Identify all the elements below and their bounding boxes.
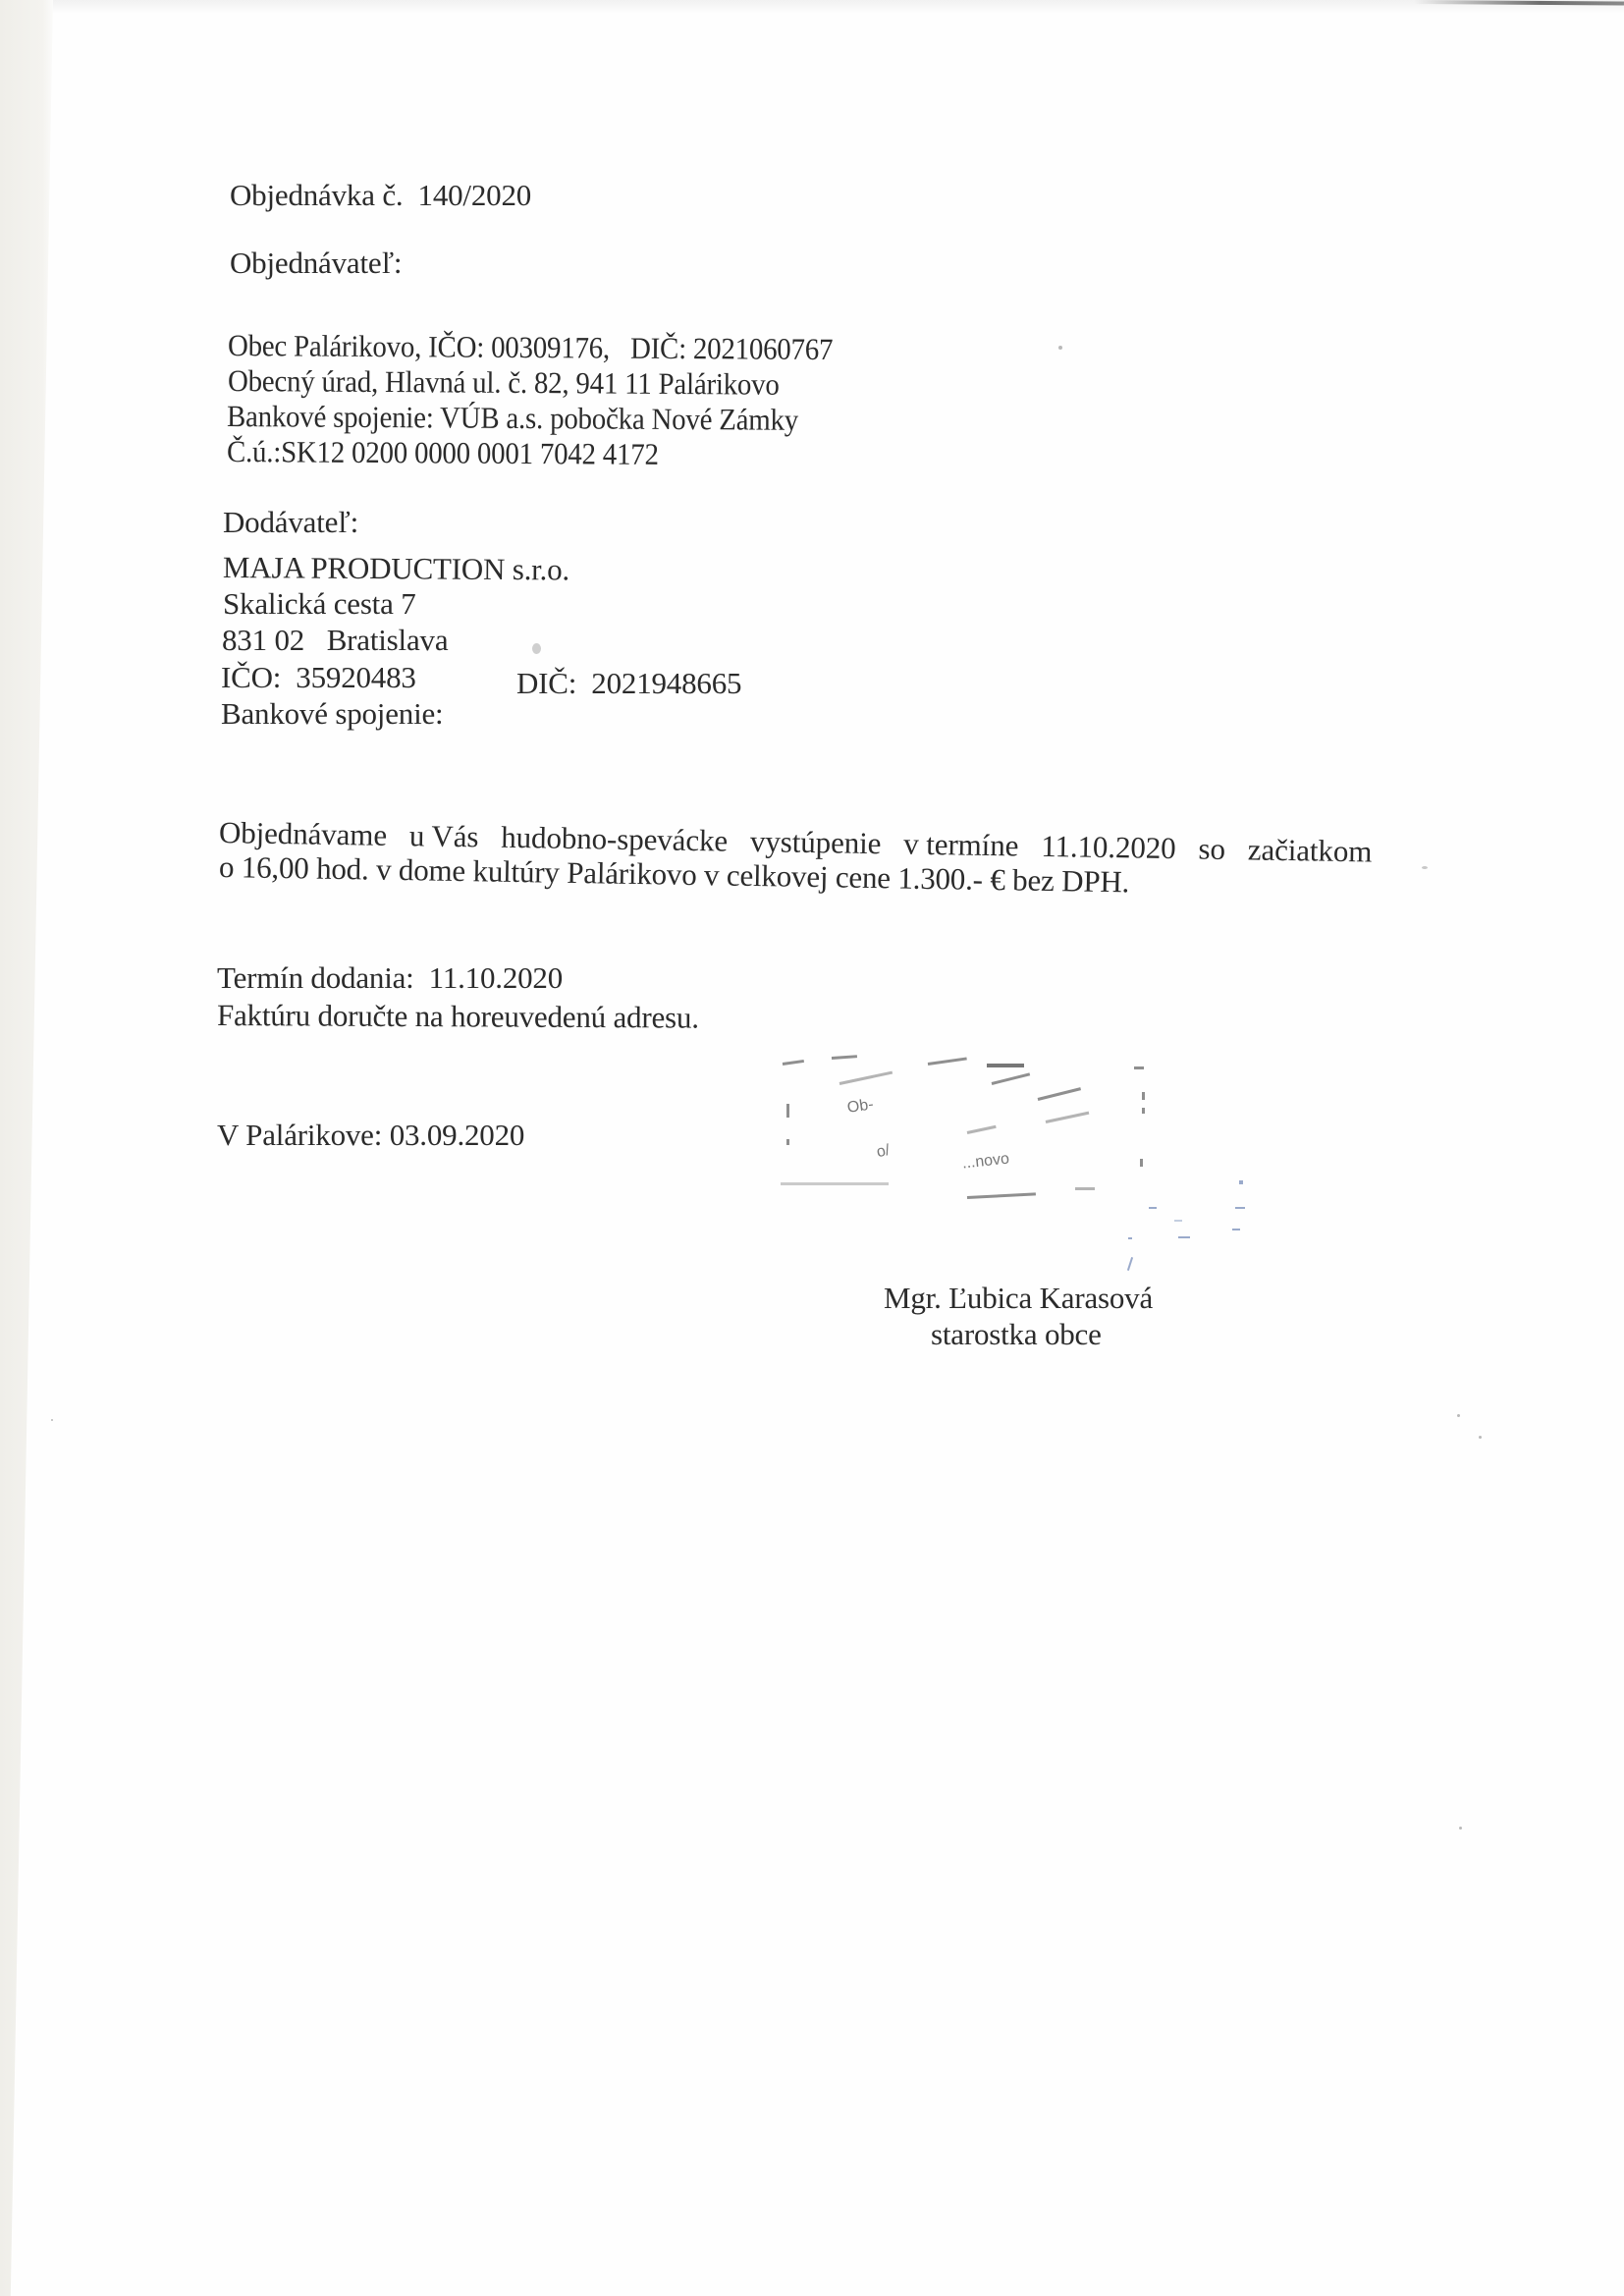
supplier-heading: Dodávateľ:: [223, 507, 358, 537]
supplier-dic: DIČ: 2021948665: [516, 668, 741, 698]
delivery-term: Termín dodania: 11.10.2020: [217, 962, 563, 993]
order-title: Objednávka č. 140/2020: [230, 180, 531, 210]
scanned-page: Objednávka č. 140/2020 Objednávateľ: Obe…: [0, 0, 1624, 2296]
official-stamp: Ob- o/ ...novo: [781, 1049, 1149, 1206]
scan-speck: [51, 1419, 53, 1421]
scan-speck: [1479, 1436, 1482, 1439]
supplier-street: Skalická cesta 7: [223, 588, 416, 619]
supplier-name: MAJA PRODUCTION s.r.o.: [223, 552, 569, 584]
stamp-fragment-1: Ob-: [846, 1096, 875, 1118]
customer-heading: Objednávateľ:: [230, 247, 402, 278]
customer-line-3: Bankové spojenie: VÚB a.s. pobočka Nové …: [227, 401, 798, 435]
supplier-bank: Bankové spojenie:: [221, 698, 443, 729]
scan-speck: [1422, 866, 1428, 869]
supplier-city: 831 02 Bratislava: [222, 625, 448, 655]
stamp-fragment-2: o/: [875, 1142, 892, 1162]
invoice-note: Faktúru doručte na horeuvedenú adresu.: [217, 1000, 699, 1033]
customer-line-1: Obec Palárikovo, IČO: 00309176, DIČ: 202…: [228, 330, 833, 364]
scan-speck: [1459, 1827, 1462, 1830]
signatory-name: Mgr. Ľubica Karasová: [884, 1283, 1153, 1313]
customer-line-2: Obecný úrad, Hlavná ul. č. 82, 941 11 Pa…: [228, 365, 780, 400]
scan-top-shade: [53, 0, 1624, 14]
scan-edge-strip: [0, 0, 53, 2296]
scan-speck: [532, 643, 541, 654]
scan-speck: [1457, 1414, 1460, 1417]
signatory-title: starostka obce: [931, 1319, 1102, 1349]
customer-line-4: Č.ú.:SK12 0200 0000 0001 7042 4172: [227, 436, 659, 469]
stamp-fragment-3: ...novo: [961, 1151, 1010, 1174]
scan-speck: [1058, 346, 1062, 350]
supplier-ico: IČO: 35920483: [221, 662, 416, 692]
place-date: V Palárikove: 03.09.2020: [217, 1120, 524, 1150]
